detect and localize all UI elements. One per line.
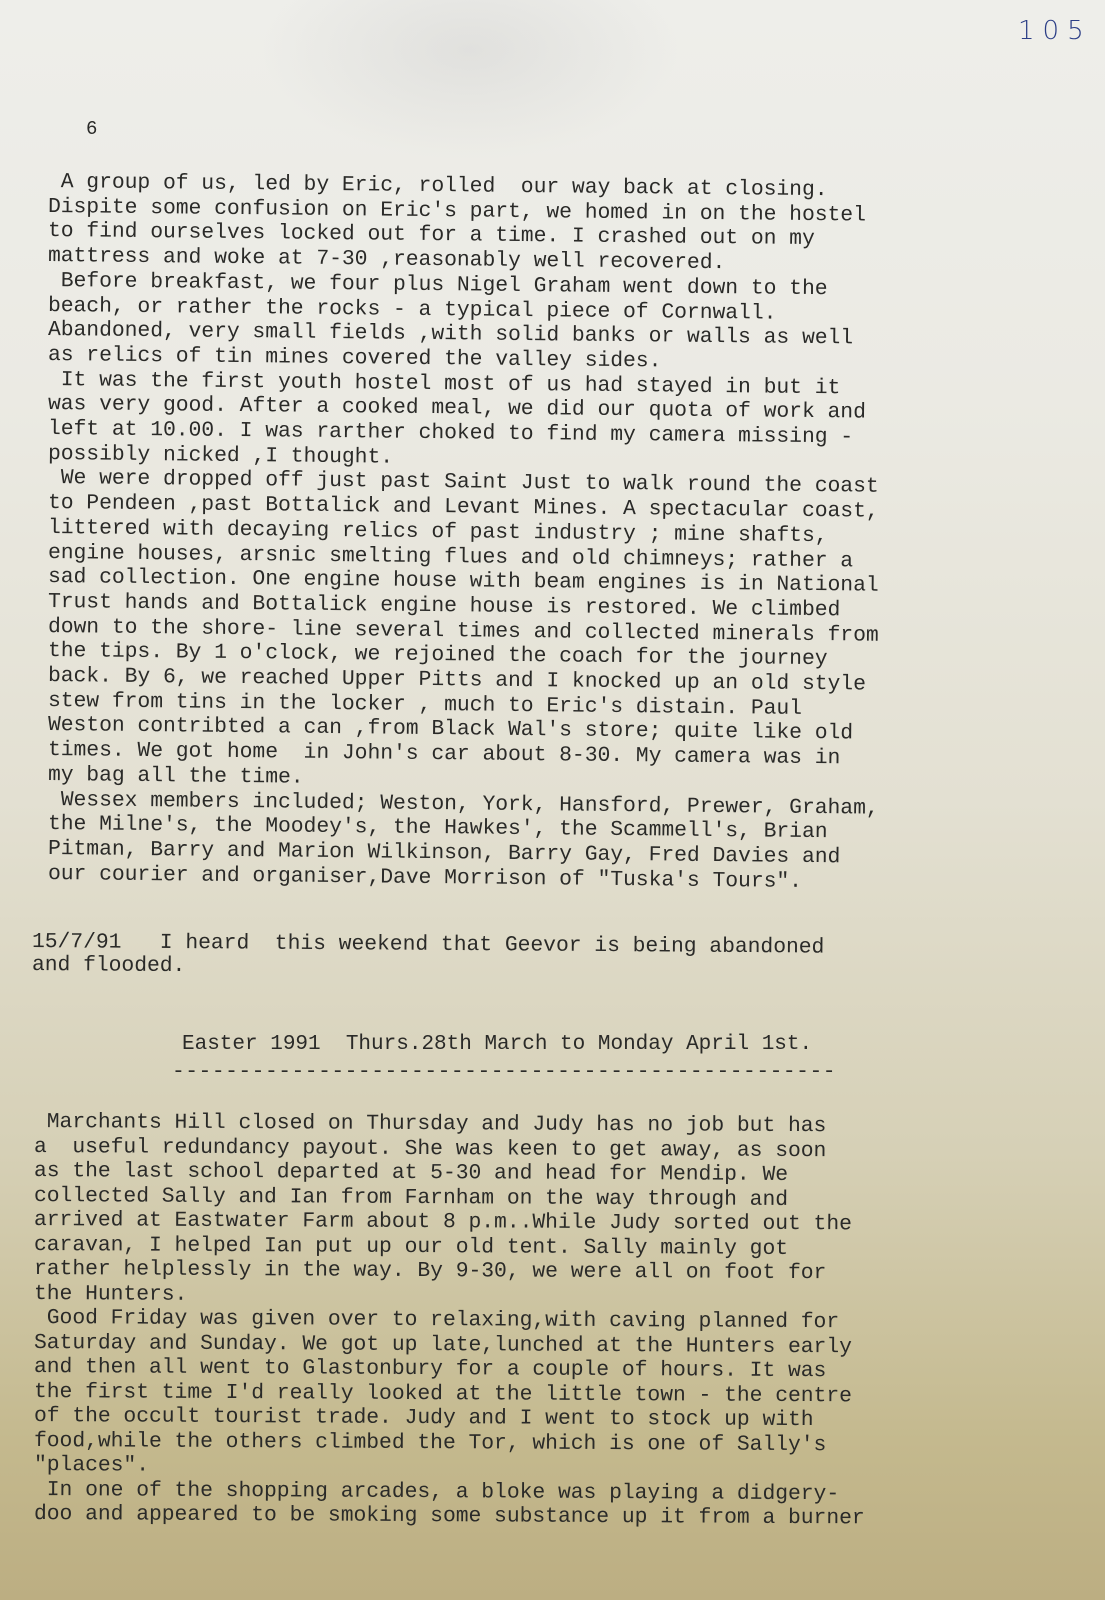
text-line: caravan, I helped Ian put up our old ten… [34,1235,788,1260]
text-line: "places". [34,1455,149,1477]
text-line: arrived at Eastwater Farm about 8 p.m..W… [34,1210,852,1236]
photo-glare [260,0,680,160]
text-line: Marchants Hill closed on Thursday and Ju… [34,1112,826,1137]
section-heading-easter-1991: Easter 1991 Thurs.28th March to Monday A… [182,1034,812,1055]
text-line: my bag all the time. [48,765,304,789]
text-line: and flooded. [32,955,186,977]
text-line: possibly nicked ,I thought. [48,444,393,469]
text-line: of the occult tourist trade. Judy and I … [34,1406,814,1431]
text-line: our courier and organiser,Dave Morrison … [48,864,802,893]
text-line: and then all went to Glastonbury for a c… [34,1357,826,1382]
handwritten-page-number: 105 [1018,16,1092,46]
text-line: doo and appeared to be smoking some subs… [34,1504,865,1530]
text-line: a useful redundancy payout. She was keen… [34,1137,826,1162]
heading-underline: ----------------------------------------… [172,1062,836,1083]
text-line: Saturday and Sunday. We got up late,lunc… [34,1333,852,1359]
typed-page-number: 6 [86,118,97,140]
text-line: as the last school departed at 5-30 and … [34,1161,788,1186]
text-line: collected Sally and Ian from Farnham on … [34,1186,788,1211]
text-line: Good Friday was given over to relaxing,w… [34,1308,839,1334]
text-line: the first time I'd really looked at the … [34,1382,852,1408]
text-line: rather helplessly in the way. By 9-30, w… [34,1259,826,1284]
text-line: In one of the shopping arcades, a bloke … [34,1480,839,1506]
text-line: the Hunters. [34,1284,187,1306]
text-line: food,while the others climbed the Tor, w… [34,1431,826,1456]
